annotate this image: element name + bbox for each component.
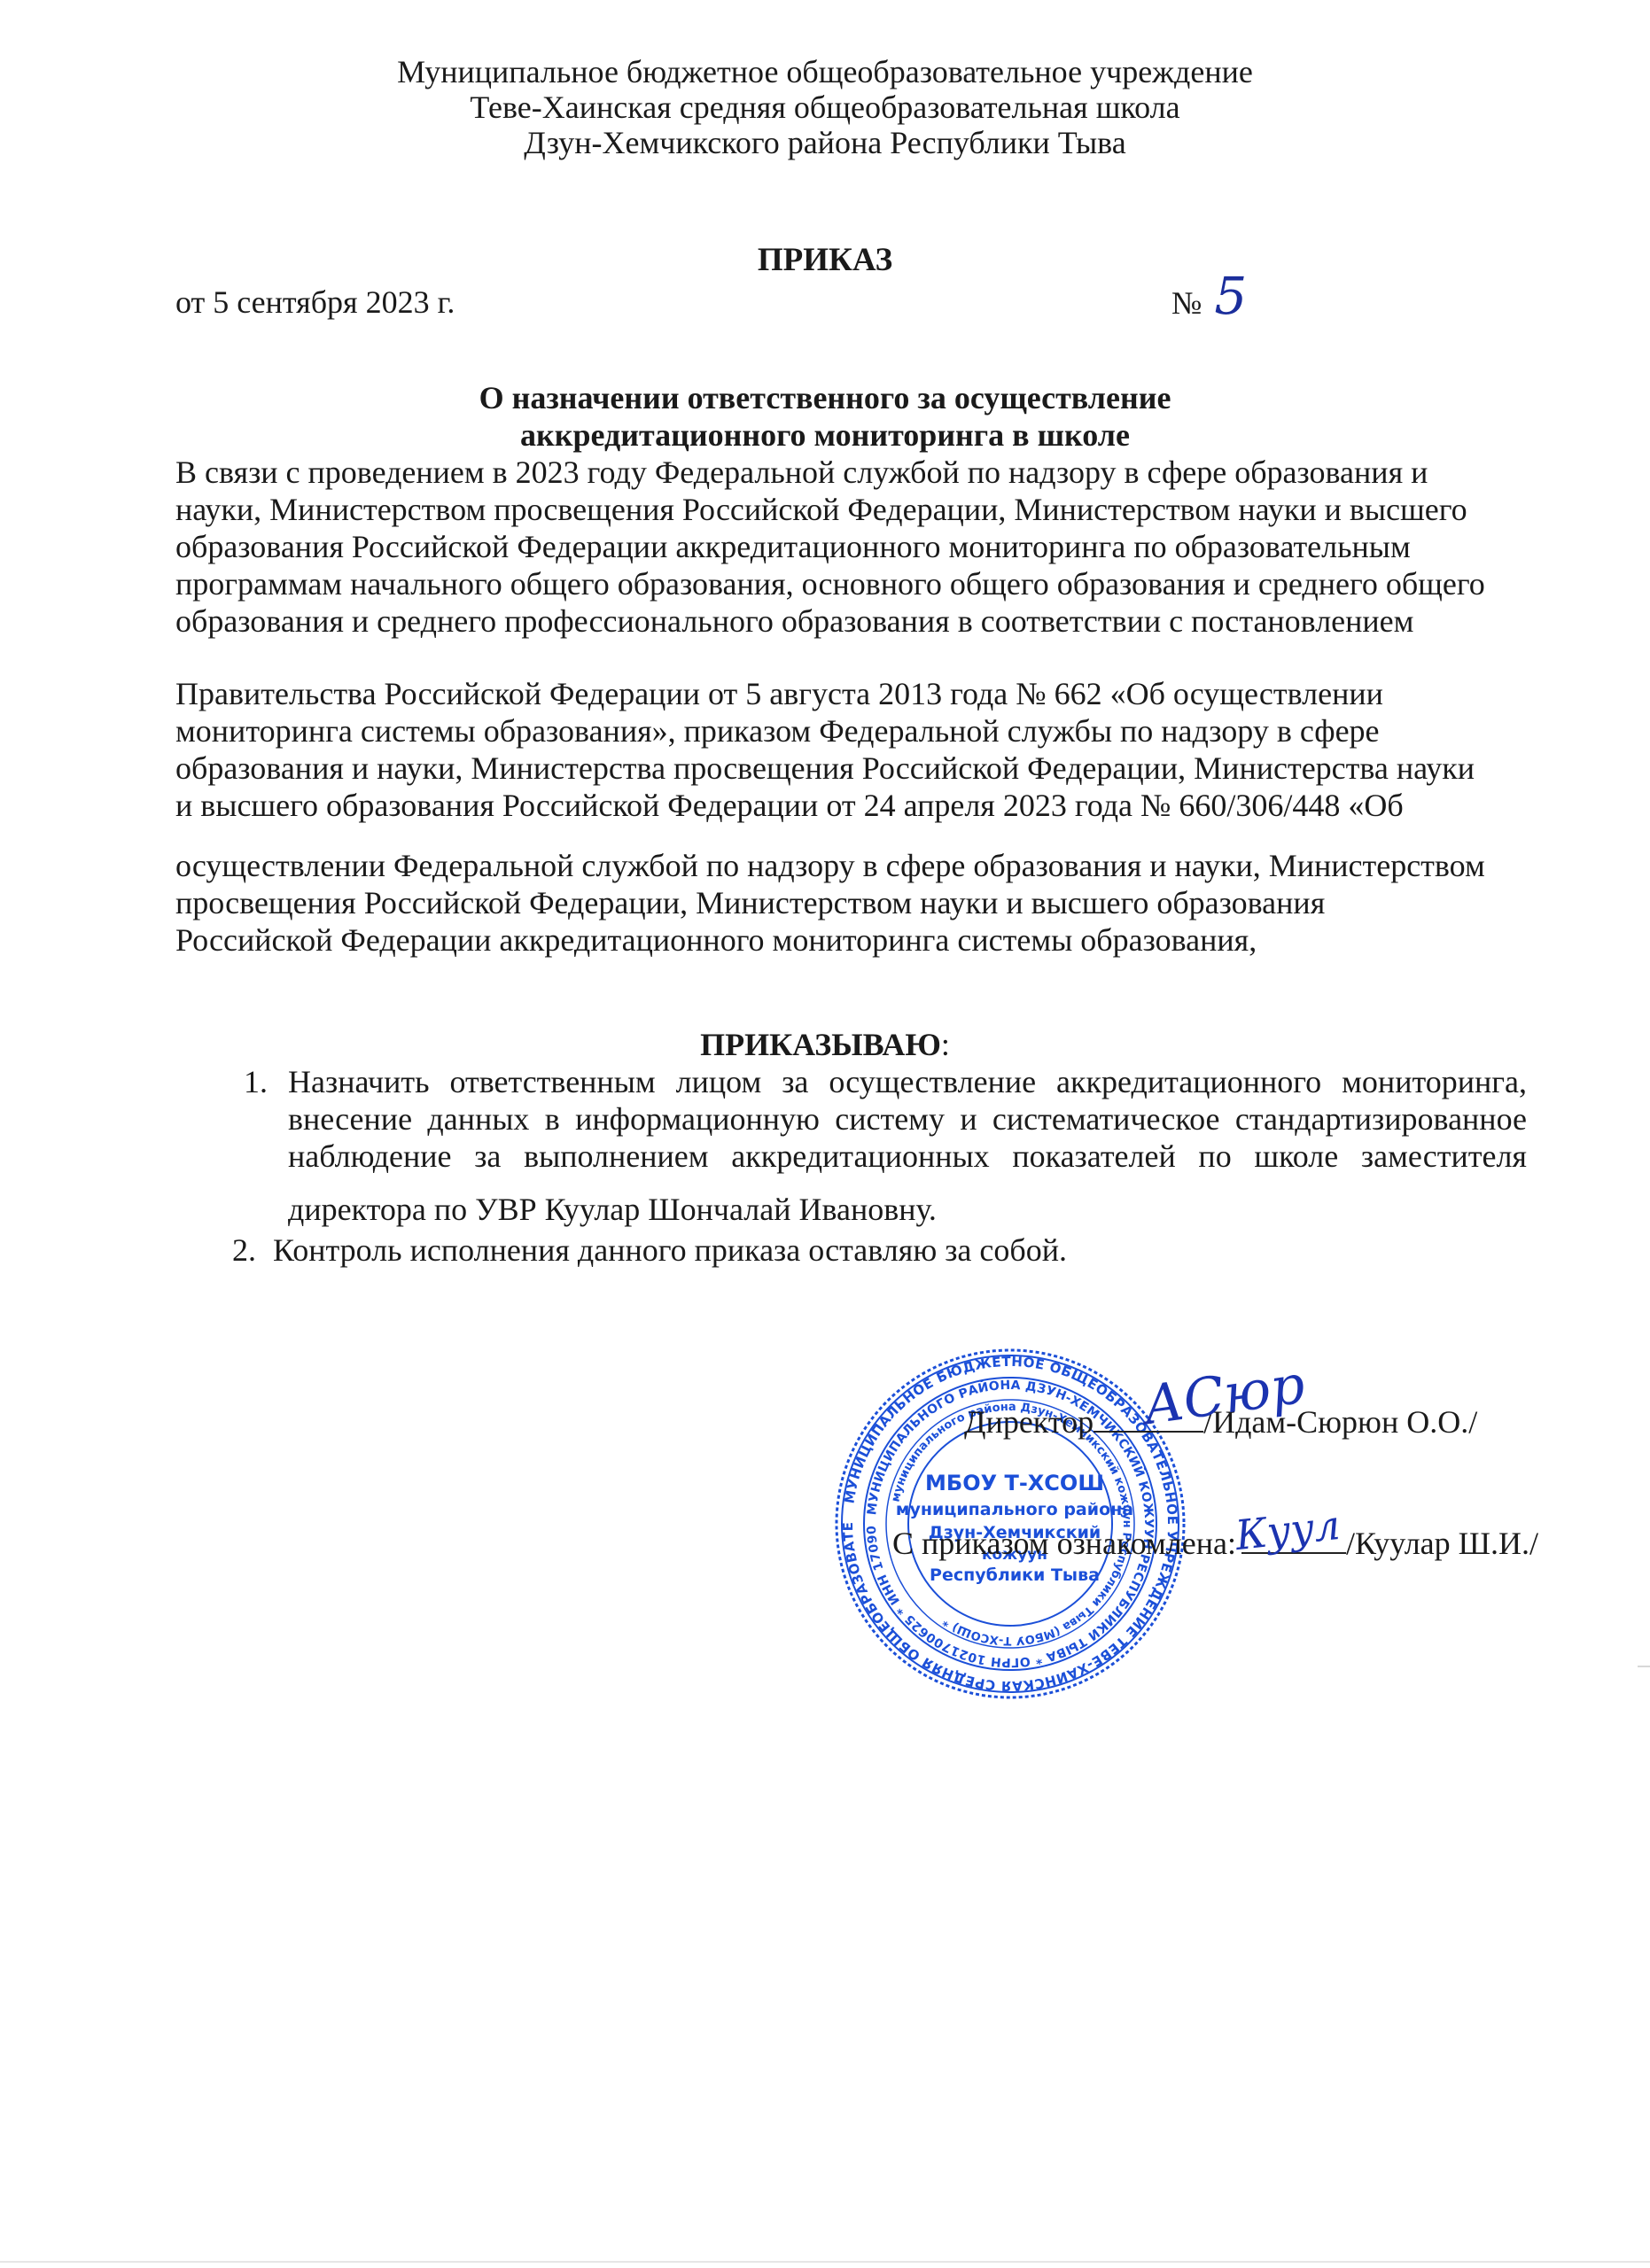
director-label: Директор <box>964 1404 1094 1440</box>
document-page: Муниципальное бюджетное общеобразователь… <box>0 0 1650 2268</box>
list-item-number: 2. <box>232 1231 256 1269</box>
preamble-line: мониторинга системы образования», приказ… <box>175 714 1380 748</box>
svg-text:МБОУ Т-ХСОШ: МБОУ Т-ХСОШ <box>925 1471 1104 1495</box>
order-heading: ПРИКАЗЫВАЮ: <box>0 1026 1650 1063</box>
preamble-line: науки, Министерством просвещения Российс… <box>175 493 1467 526</box>
number-label: № <box>1171 285 1202 321</box>
acknowledgement-line: С приказом ознакомлена:/Куулар Ш.И./ <box>892 1525 1538 1562</box>
svg-text:Республики Тыва: Республики Тыва <box>930 1565 1100 1585</box>
subject-line-1: О назначении ответственного за осуществл… <box>0 381 1650 415</box>
number-handwritten: 5 <box>1214 266 1247 326</box>
preamble-line: Правительства Российской Федерации от 5 … <box>175 677 1383 711</box>
preamble-line: и высшего образования Российской Федерац… <box>175 788 1404 822</box>
list-item-line: наблюдение за выполнением аккредитационн… <box>288 1138 1527 1175</box>
preamble-line: В связи с проведением в 2023 году Федера… <box>175 455 1428 489</box>
institution-line-3: Дзун-Хемчикского района Республики Тыва <box>0 126 1650 159</box>
document-number: №5 <box>1171 266 1247 326</box>
acknowledgement-name: /Куулар Ш.И./ <box>1346 1526 1538 1561</box>
institution-line-1: Муниципальное бюджетное общеобразователь… <box>0 55 1650 89</box>
institution-line-2: Теве-Хаинская средняя общеобразовательна… <box>0 90 1650 124</box>
list-item-line: Назначить ответственным лицом за осущест… <box>288 1063 1527 1100</box>
preamble-line: образования Российской Федерации аккреди… <box>175 530 1411 563</box>
preamble-line: просвещения Российской Федерации, Минист… <box>175 886 1325 920</box>
preamble-line: образования и науки, Министерства просве… <box>175 751 1475 785</box>
acknowledgement-label: С приказом ознакомлена: <box>892 1526 1236 1561</box>
svg-text:муниципального района: муниципального района <box>896 1500 1133 1519</box>
list-item-line: внесение данных в информационную систему… <box>288 1100 1527 1138</box>
list-item-number: 1. <box>244 1063 268 1100</box>
order-colon: : <box>941 1027 950 1062</box>
scan-artifact <box>0 2261 1650 2263</box>
preamble-line: Российской Федерации аккредитационного м… <box>175 923 1257 957</box>
document-date: от 5 сентября 2023 г. <box>175 283 455 321</box>
order-word: ПРИКАЗЫВАЮ <box>700 1027 941 1062</box>
preamble-line: образования и среднего профессионального… <box>175 604 1413 638</box>
subject-line-2: аккредитационного мониторинга в школе <box>0 418 1650 452</box>
list-item-line: Контроль исполнения данного приказа оста… <box>273 1231 1067 1269</box>
preamble-line: программам начального общего образования… <box>175 567 1485 601</box>
list-item-line: директора по УВР Куулар Шончалай Ивановн… <box>288 1191 937 1228</box>
scan-artifact <box>1638 1666 1650 1667</box>
document-title: ПРИКАЗ <box>0 241 1650 279</box>
official-stamp-icon: МУНИЦИПАЛЬНОЕ БЮДЖЕТНОЕ ОБЩЕОБРАЗОВАТЕЛЬ… <box>833 1347 1187 1701</box>
preamble-line: осуществлении Федеральной службой по над… <box>175 849 1485 882</box>
